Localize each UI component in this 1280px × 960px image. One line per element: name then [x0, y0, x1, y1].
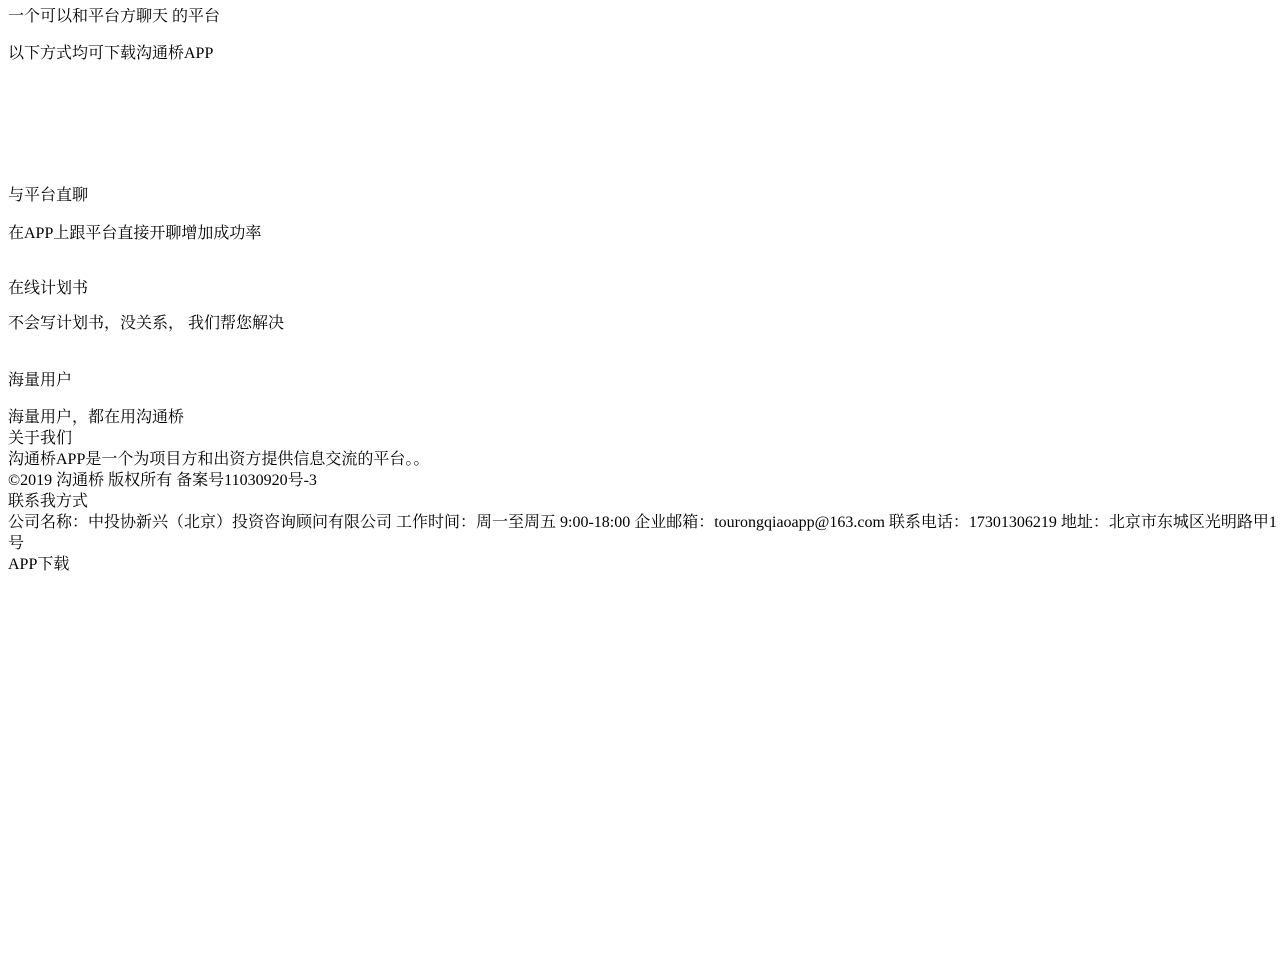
- footer-link-about-us[interactable]: 关于我们: [8, 428, 1280, 449]
- features-section: 与平台直聊 在APP上跟平台直接开聊增加成功率 在线计划书 不会写计划书，没关系…: [8, 187, 1280, 390]
- feature-desc-mass-users: 海量用户，都在用沟通桥: [8, 407, 1280, 428]
- download-qr-area: [8, 82, 1280, 187]
- company-contact-info: 公司名称：中投协新兴（北京）投资咨询顾问有限公司 工作时间：周一至周五 9:00…: [8, 512, 1280, 554]
- feature-desc-direct-chat: 在APP上跟平台直接开聊增加成功率: [8, 225, 1280, 243]
- hero-tagline: 一个可以和平台方聊天 的平台: [8, 8, 1280, 26]
- feature-title-online-plan: 在线计划书: [8, 280, 1280, 298]
- footer-link-contact[interactable]: 联系我方式: [8, 491, 1280, 512]
- copyright-notice: ©2019 沟通桥 版权所有 备案号11030920号-3: [8, 470, 1280, 491]
- download-instruction: 以下方式均可下载沟通桥APP: [8, 45, 1280, 63]
- hero-section: 一个可以和平台方聊天 的平台 以下方式均可下载沟通桥APP: [8, 8, 1280, 63]
- feature-desc-online-plan: 不会写计划书，没关系， 我们帮您解决: [8, 315, 1280, 333]
- feature-title-mass-users: 海量用户: [8, 372, 1280, 390]
- feature-title-direct-chat: 与平台直聊: [8, 187, 1280, 205]
- footer-link-app-download[interactable]: APP下载: [8, 554, 1280, 575]
- about-description: 沟通桥APP是一个为项目方和出资方提供信息交流的平台。。: [8, 449, 1280, 470]
- page-root: 一个可以和平台方聊天 的平台 以下方式均可下载沟通桥APP 与平台直聊 在APP…: [8, 8, 1280, 575]
- footer-section: 海量用户，都在用沟通桥 关于我们 沟通桥APP是一个为项目方和出资方提供信息交流…: [8, 407, 1280, 575]
